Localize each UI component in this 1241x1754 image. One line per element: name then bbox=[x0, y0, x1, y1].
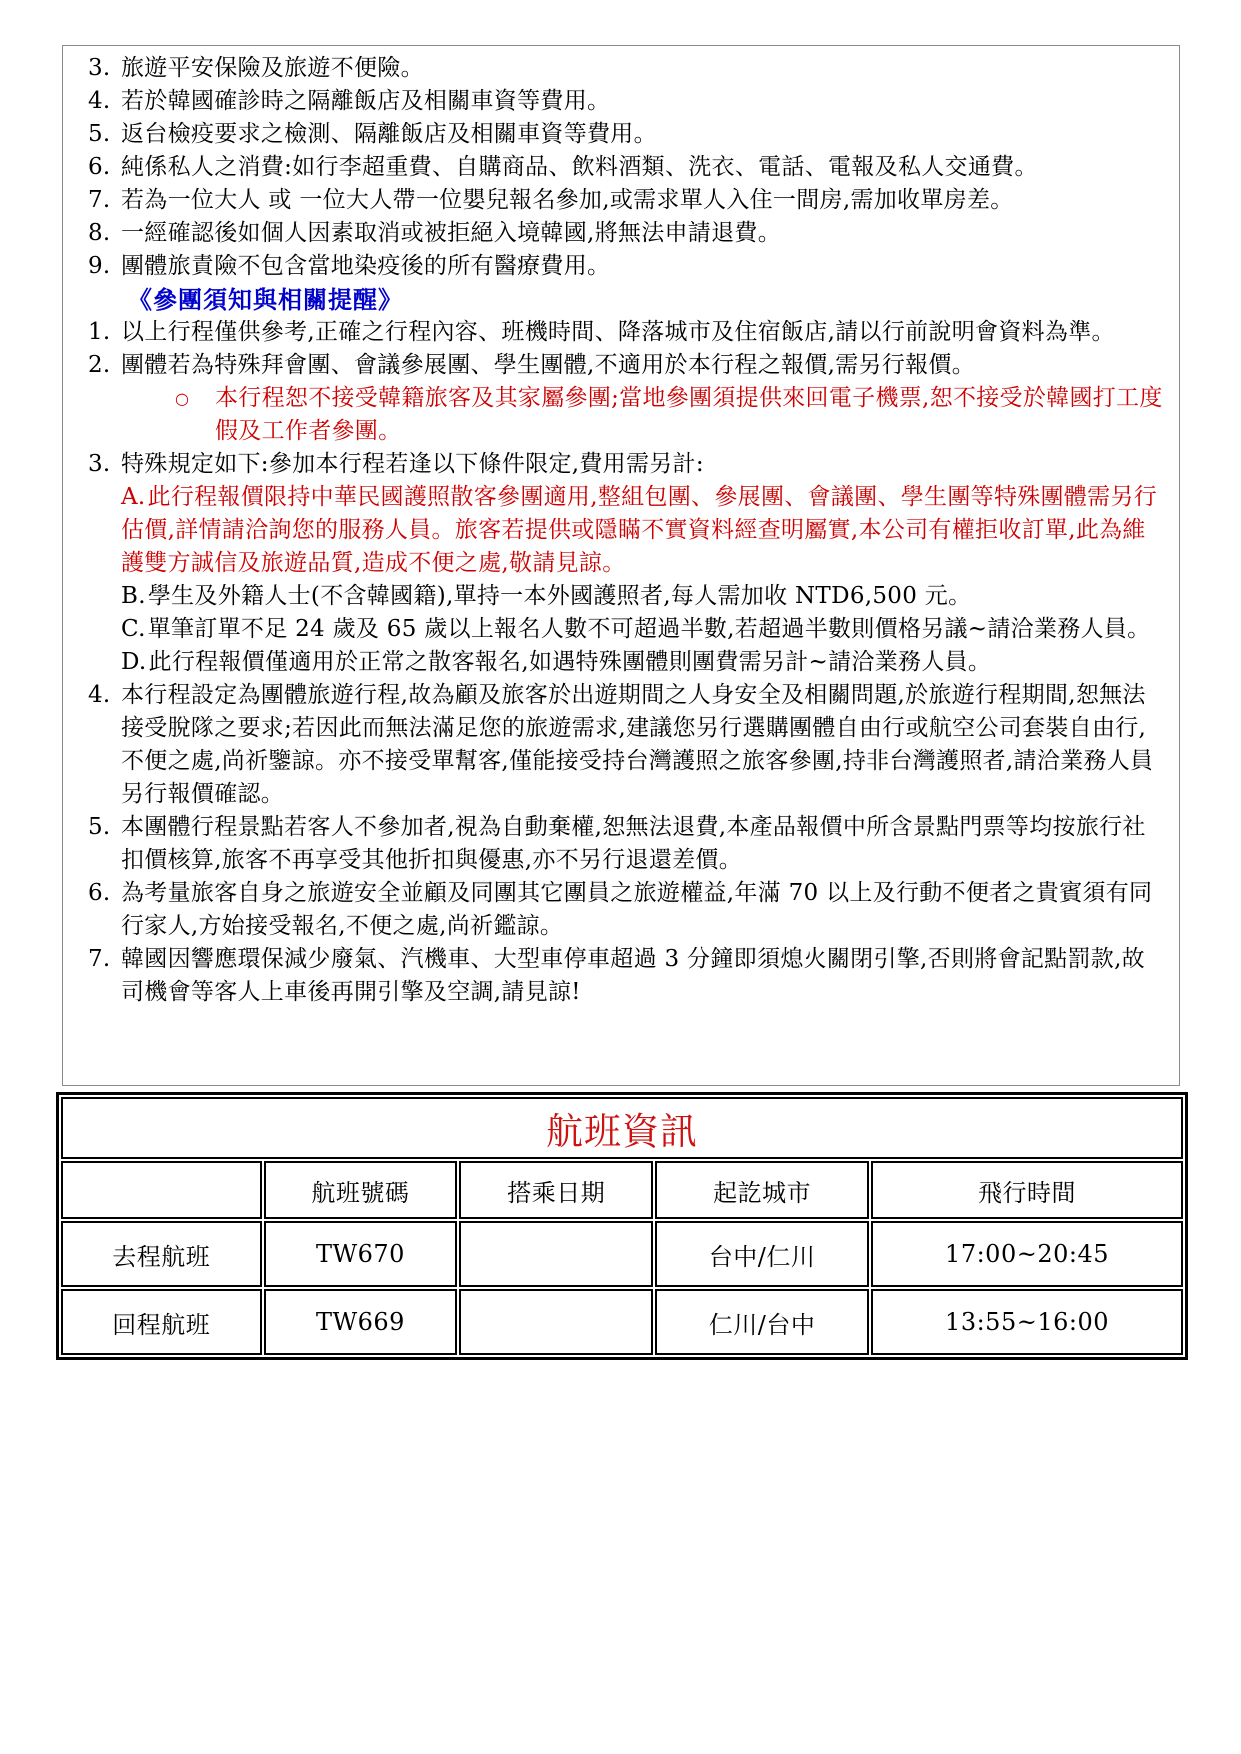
sub-clause-b: B.學生及外籍人士(不含韓國籍),單持一本外國護照者,每人需加收 NTD6,50… bbox=[121, 580, 1165, 613]
fee-list-item: 8. 一經確認後如個人因素取消或被拒絕入境韓國,將無法申請退費。 bbox=[88, 217, 1165, 250]
red-note-text: 本行程恕不接受韓籍旅客及其家屬參團;當地參團須提供來回電子機票,恕不接受於韓國打… bbox=[215, 382, 1165, 448]
cell-direction-label: 回程航班 bbox=[61, 1289, 262, 1355]
fee-list-item: 5. 返台檢疫要求之檢測、隔離飯店及相關車資等費用。 bbox=[88, 118, 1165, 151]
table-header-row: 航班號碼 搭乘日期 起訖城市 飛行時間 bbox=[61, 1161, 1183, 1219]
flight-info-table: 航班資訊 航班號碼 搭乘日期 起訖城市 飛行時間 去程航班 TW670 台中/仁… bbox=[56, 1092, 1188, 1360]
column-header-flight-time: 飛行時間 bbox=[871, 1161, 1183, 1219]
sub-clause-a: A.此行程報價限持中華民國護照散客參團適用,整組包團、參展團、會議團、學生團等特… bbox=[121, 481, 1165, 580]
item-text: 本團體行程景點若客人不參加者,視為自動棄權,恕無法退費,本產品報價中所含景點門票… bbox=[121, 811, 1165, 877]
notice-list-item: 1. 以上行程僅供參考,正確之行程內容、班機時間、降落城市及住宿飯店,請以行前說… bbox=[88, 316, 1165, 349]
item-number: 8. bbox=[88, 217, 121, 250]
document-page: 3. 旅遊平安保險及旅遊不便險。 4. 若於韓國確診時之隔離飯店及相關車資等費用… bbox=[0, 0, 1241, 1754]
sub-clause-d: D.此行程報價僅適用於正常之散客報名,如遇特殊團體則團費需另計~請洽業務人員。 bbox=[121, 646, 1165, 679]
clause-text: 單筆訂單不足 24 歲及 65 歲以上報名人數不可超過半數,若超過半數則價格另議… bbox=[148, 616, 1151, 642]
notice-list-item: 2. 團體若為特殊拜會團、會議參展團、學生團體,不適用於本行程之報價,需另行報價… bbox=[88, 349, 1165, 382]
item-text: 若於韓國確診時之隔離飯店及相關車資等費用。 bbox=[121, 85, 1165, 118]
item-number: 7. bbox=[88, 184, 121, 217]
cell-route: 仁川/台中 bbox=[655, 1289, 869, 1355]
notice-list-item: 4. 本行程設定為團體旅遊行程,故為顧及旅客於出遊期間之人身安全及相關問題,於旅… bbox=[88, 679, 1165, 811]
item-text: 團體旅責險不包含當地染疫後的所有醫療費用。 bbox=[121, 250, 1165, 283]
notice-list-item: 6. 為考量旅客自身之旅遊安全並顧及同團其它團員之旅遊權益,年滿 70 以上及行… bbox=[88, 877, 1165, 943]
fee-list-item: 3. 旅遊平安保險及旅遊不便險。 bbox=[88, 52, 1165, 85]
table-row-outbound: 去程航班 TW670 台中/仁川 17:00~20:45 bbox=[61, 1221, 1183, 1287]
item-number: 5. bbox=[88, 811, 121, 877]
cell-flight-number: TW669 bbox=[264, 1289, 458, 1355]
item-text: 韓國因響應環保減少廢氣、汽機車、大型車停車超過 3 分鐘即須熄火關閉引擎,否則將… bbox=[121, 943, 1165, 1009]
clause-label: A. bbox=[121, 484, 148, 510]
clause-text: 學生及外籍人士(不含韓國籍),單持一本外國護照者,每人需加收 NTD6,500 … bbox=[148, 583, 972, 609]
fee-list-item: 7. 若為一位大人 或 一位大人帶一位嬰兒報名參加,或需求單人入住一間房,需加收… bbox=[88, 184, 1165, 217]
notice-section-heading: 《參團須知與相關提醒》 bbox=[128, 283, 1165, 316]
clause-label: B. bbox=[121, 583, 148, 609]
table-title-row: 航班資訊 bbox=[61, 1097, 1183, 1159]
red-note-bullet: ○ 本行程恕不接受韓籍旅客及其家屬參團;當地參團須提供來回電子機票,恕不接受於韓… bbox=[175, 382, 1165, 448]
item-number: 1. bbox=[88, 316, 121, 349]
item-number: 4. bbox=[88, 85, 121, 118]
item-number: 6. bbox=[88, 151, 121, 184]
terms-and-conditions-box: 3. 旅遊平安保險及旅遊不便險。 4. 若於韓國確診時之隔離飯店及相關車資等費用… bbox=[62, 45, 1180, 1086]
item-number: 3. bbox=[88, 448, 121, 481]
cell-boarding-date bbox=[459, 1289, 653, 1355]
item-number: 5. bbox=[88, 118, 121, 151]
clause-label: D. bbox=[121, 649, 149, 675]
clause-text: 此行程報價僅適用於正常之散客報名,如遇特殊團體則團費需另計~請洽業務人員。 bbox=[149, 649, 992, 675]
item-text: 旅遊平安保險及旅遊不便險。 bbox=[121, 52, 1165, 85]
notice-list-item: 7. 韓國因響應環保減少廢氣、汽機車、大型車停車超過 3 分鐘即須熄火關閉引擎,… bbox=[88, 943, 1165, 1009]
circle-bullet-icon: ○ bbox=[175, 382, 215, 448]
fee-list-item: 6. 純係私人之消費:如行李超重費、自購商品、飲料酒類、洗衣、電話、電報及私人交… bbox=[88, 151, 1165, 184]
sub-clause-c: C.單筆訂單不足 24 歲及 65 歲以上報名人數不可超過半數,若超過半數則價格… bbox=[121, 613, 1165, 646]
cell-boarding-date bbox=[459, 1221, 653, 1287]
notice-list-item: 3. 特殊規定如下:參加本行程若逢以下條件限定,費用需另計: bbox=[88, 448, 1165, 481]
item-number: 7. bbox=[88, 943, 121, 1009]
item-number: 3. bbox=[88, 52, 121, 85]
cell-direction-label: 去程航班 bbox=[61, 1221, 262, 1287]
item-text: 本行程設定為團體旅遊行程,故為顧及旅客於出遊期間之人身安全及相關問題,於旅遊行程… bbox=[121, 679, 1165, 811]
item-text: 若為一位大人 或 一位大人帶一位嬰兒報名參加,或需求單人入住一間房,需加收單房差… bbox=[121, 184, 1165, 217]
column-header-route: 起訖城市 bbox=[655, 1161, 869, 1219]
item-text: 返台檢疫要求之檢測、隔離飯店及相關車資等費用。 bbox=[121, 118, 1165, 151]
column-header-boarding-date: 搭乘日期 bbox=[459, 1161, 653, 1219]
item-number: 9. bbox=[88, 250, 121, 283]
column-header-flight-number: 航班號碼 bbox=[264, 1161, 458, 1219]
fee-list-item: 4. 若於韓國確診時之隔離飯店及相關車資等費用。 bbox=[88, 85, 1165, 118]
item-number: 2. bbox=[88, 349, 121, 382]
column-header-empty bbox=[61, 1161, 262, 1219]
clause-text: 此行程報價限持中華民國護照散客參團適用,整組包團、參展團、會議團、學生團等特殊團… bbox=[121, 484, 1157, 576]
item-number: 4. bbox=[88, 679, 121, 811]
cell-flight-time: 17:00~20:45 bbox=[871, 1221, 1183, 1287]
notice-list-item: 5. 本團體行程景點若客人不參加者,視為自動棄權,恕無法退費,本產品報價中所含景… bbox=[88, 811, 1165, 877]
fee-list-item: 9. 團體旅責險不包含當地染疫後的所有醫療費用。 bbox=[88, 250, 1165, 283]
item-text: 特殊規定如下:參加本行程若逢以下條件限定,費用需另計: bbox=[121, 448, 1165, 481]
item-number: 6. bbox=[88, 877, 121, 943]
item-text: 團體若為特殊拜會團、會議參展團、學生團體,不適用於本行程之報價,需另行報價。 bbox=[121, 349, 1165, 382]
flight-table-title: 航班資訊 bbox=[61, 1097, 1183, 1159]
table-row-return: 回程航班 TW669 仁川/台中 13:55~16:00 bbox=[61, 1289, 1183, 1355]
item-text: 為考量旅客自身之旅遊安全並顧及同團其它團員之旅遊權益,年滿 70 以上及行動不便… bbox=[121, 877, 1165, 943]
cell-flight-number: TW670 bbox=[264, 1221, 458, 1287]
item-text: 以上行程僅供參考,正確之行程內容、班機時間、降落城市及住宿飯店,請以行前說明會資… bbox=[121, 316, 1165, 349]
item-text: 純係私人之消費:如行李超重費、自購商品、飲料酒類、洗衣、電話、電報及私人交通費。 bbox=[121, 151, 1165, 184]
clause-label: C. bbox=[121, 616, 148, 642]
cell-flight-time: 13:55~16:00 bbox=[871, 1289, 1183, 1355]
item-text: 一經確認後如個人因素取消或被拒絕入境韓國,將無法申請退費。 bbox=[121, 217, 1165, 250]
cell-route: 台中/仁川 bbox=[655, 1221, 869, 1287]
